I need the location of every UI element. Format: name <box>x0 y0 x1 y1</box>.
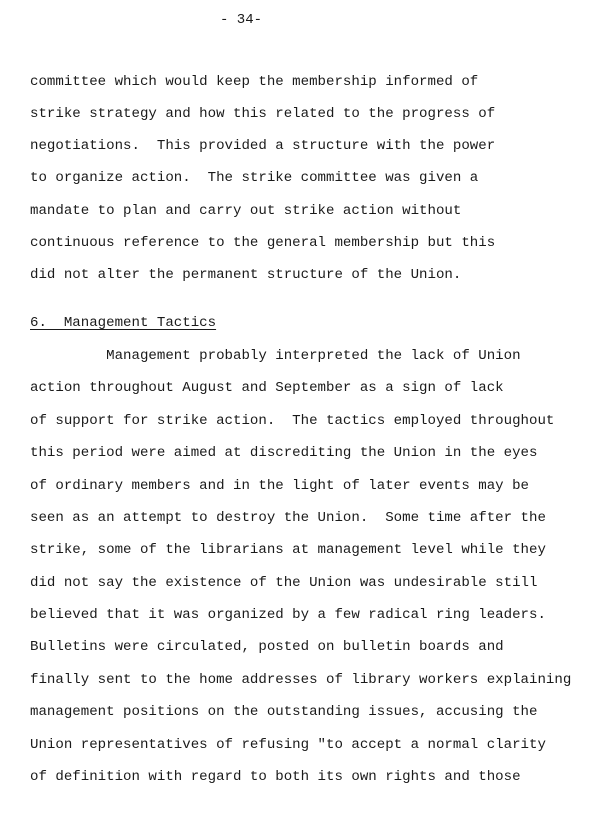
text-line: of support for strike action. The tactic… <box>30 412 554 430</box>
text-line: Bulletins were circulated, posted on bul… <box>30 638 504 656</box>
text-line: finally sent to the home addresses of li… <box>30 671 571 689</box>
text-line: of ordinary members and in the light of … <box>30 477 529 495</box>
section-heading: 6. Management Tactics <box>30 314 216 332</box>
text-line: committee which would keep the membershi… <box>30 73 478 91</box>
text-line: strike strategy and how this related to … <box>30 105 495 123</box>
text-line: management positions on the outstanding … <box>30 703 537 721</box>
text-line: negotiations. This provided a structure … <box>30 137 495 155</box>
text-line: mandate to plan and carry out strike act… <box>30 202 461 220</box>
text-line: seen as an attempt to destroy the Union.… <box>30 509 546 527</box>
text-line: strike, some of the librarians at manage… <box>30 541 546 559</box>
text-line: this period were aimed at discrediting t… <box>30 444 537 462</box>
text-line: did not say the existence of the Union w… <box>30 574 537 592</box>
text-line: believed that it was organized by a few … <box>30 606 546 624</box>
text-line: continuous reference to the general memb… <box>30 234 495 252</box>
text-line: did not alter the permanent structure of… <box>30 266 461 284</box>
text-line: of definition with regard to both its ow… <box>30 768 521 786</box>
text-line: action throughout August and September a… <box>30 379 504 397</box>
text-line: to organize action. The strike committee… <box>30 169 478 187</box>
text-line: Management probably interpreted the lack… <box>30 347 521 365</box>
text-line: Union representatives of refusing "to ac… <box>30 736 546 754</box>
page-number: - 34- <box>220 12 262 28</box>
